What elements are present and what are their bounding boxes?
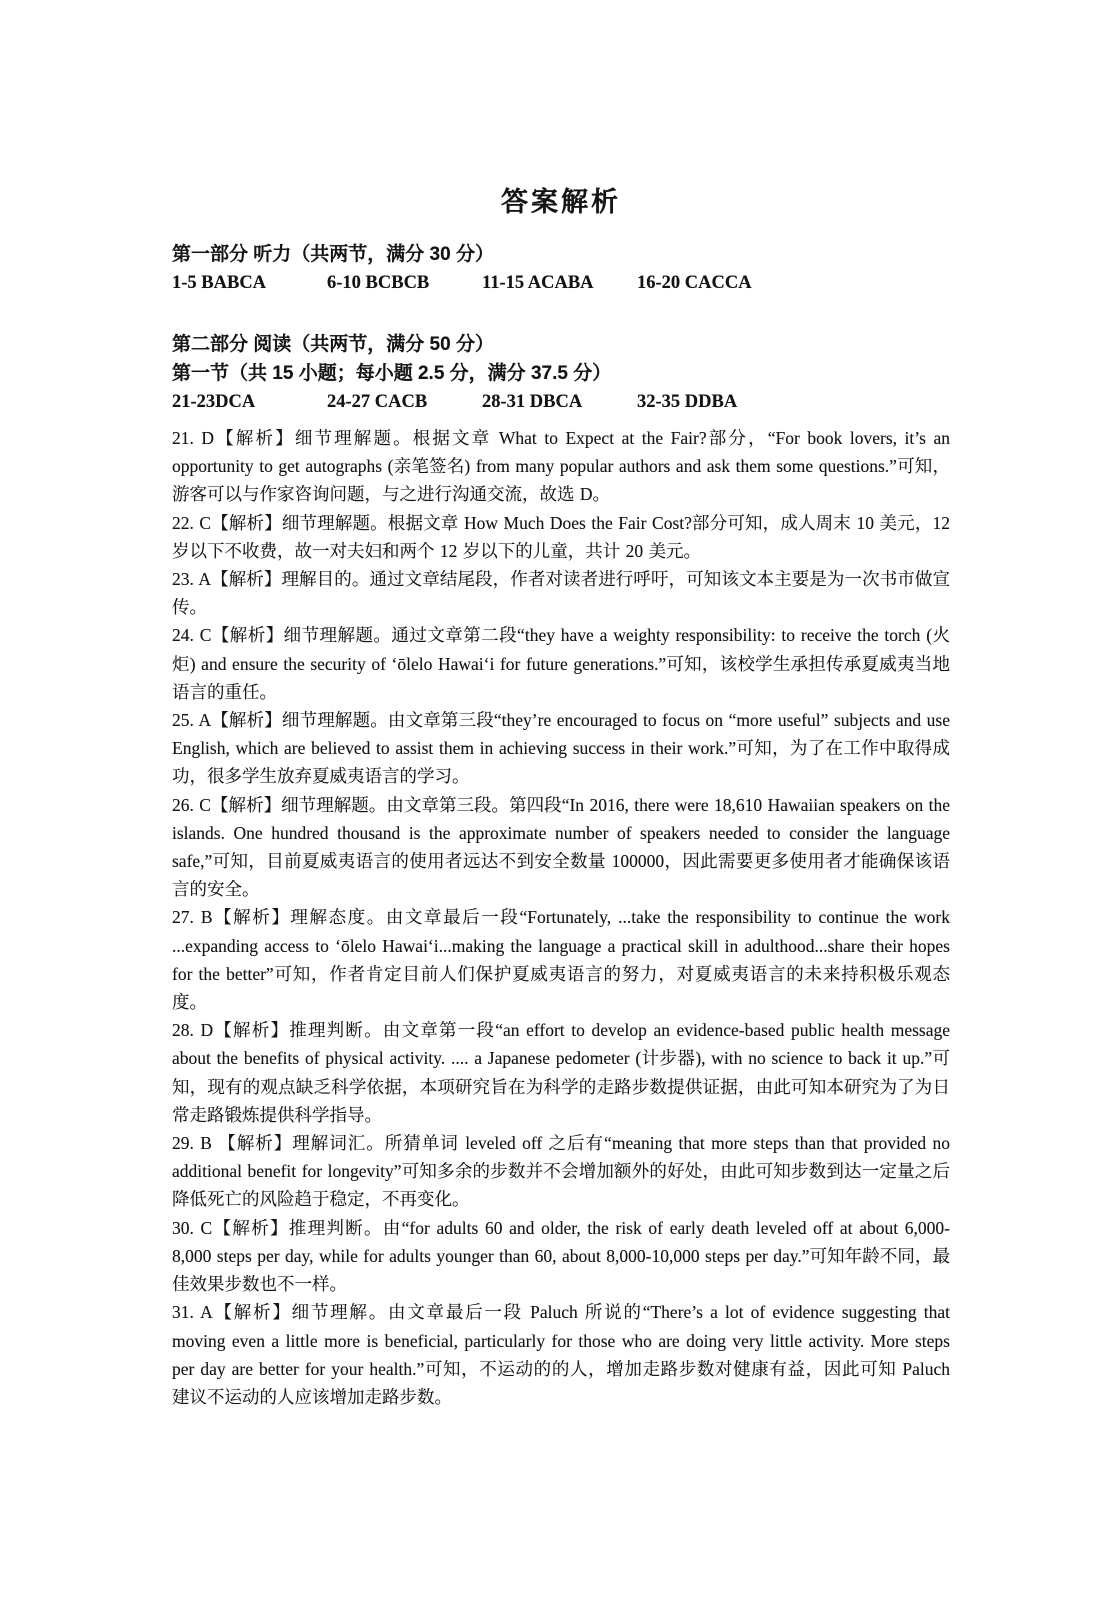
explanation-22: 22. C【解析】细节理解题。根据文章 How Much Does the Fa… [172,509,950,565]
explanation-21: 21. D【解析】细节理解题。根据文章 What to Expect at th… [172,424,950,509]
answers-6-10: 6-10 BCBCB [327,269,482,298]
document-content: 答案解析 第一部分 听力（共两节，满分 30 分） 1-5 BABCA 6-10… [172,172,950,1411]
explanation-29: 29. B 【解析】理解词汇。所猜单词 leveled off 之后有“mean… [172,1129,950,1214]
answers-11-15: 11-15 ACABA [482,269,637,298]
answers-32-35: 32-35 DDBA [637,388,737,417]
explanation-27: 27. B【解析】理解态度。由文章最后一段“Fortunately, ...ta… [172,903,950,1016]
document-page: 答案解析 第一部分 听力（共两节，满分 30 分） 1-5 BABCA 6-10… [0,0,1118,1616]
part2-section1-heading: 第一节（共 15 小题；每小题 2.5 分，满分 37.5 分） [172,359,950,388]
page-title: 答案解析 [172,186,950,218]
explanation-28: 28. D【解析】推理判断。由文章第一段“an effort to develo… [172,1016,950,1129]
explanation-30: 30. C【解析】推理判断。由“for adults 60 and older,… [172,1214,950,1299]
answers-28-31: 28-31 DBCA [482,388,637,417]
part1-answers-row: 1-5 BABCA 6-10 BCBCB 11-15 ACABA 16-20 C… [172,269,950,298]
answers-21-23: 21-23DCA [172,388,327,417]
explanation-26: 26. C【解析】细节理解题。由文章第三段。第四段“In 2016, there… [172,791,950,904]
explanation-23: 23. A【解析】理解目的。通过文章结尾段，作者对读者进行呼吁，可知该文本主要是… [172,565,950,621]
explanation-24: 24. C【解析】细节理解题。通过文章第二段“they have a weigh… [172,621,950,706]
answers-1-5: 1-5 BABCA [172,269,327,298]
part1-heading: 第一部分 听力（共两节，满分 30 分） [172,240,950,269]
explanation-25: 25. A【解析】细节理解题。由文章第三段“they’re encouraged… [172,706,950,791]
part2-heading: 第二部分 阅读（共两节，满分 50 分） [172,330,950,359]
explanation-31: 31. A【解析】细节理解。由文章最后一段 Paluch 所说的“There’s… [172,1298,950,1411]
answers-16-20: 16-20 CACCA [637,269,752,298]
part2-answers-row: 21-23DCA 24-27 CACB 28-31 DBCA 32-35 DDB… [172,388,950,417]
explanations-block: 21. D【解析】细节理解题。根据文章 What to Expect at th… [172,424,950,1411]
answers-24-27: 24-27 CACB [327,388,482,417]
